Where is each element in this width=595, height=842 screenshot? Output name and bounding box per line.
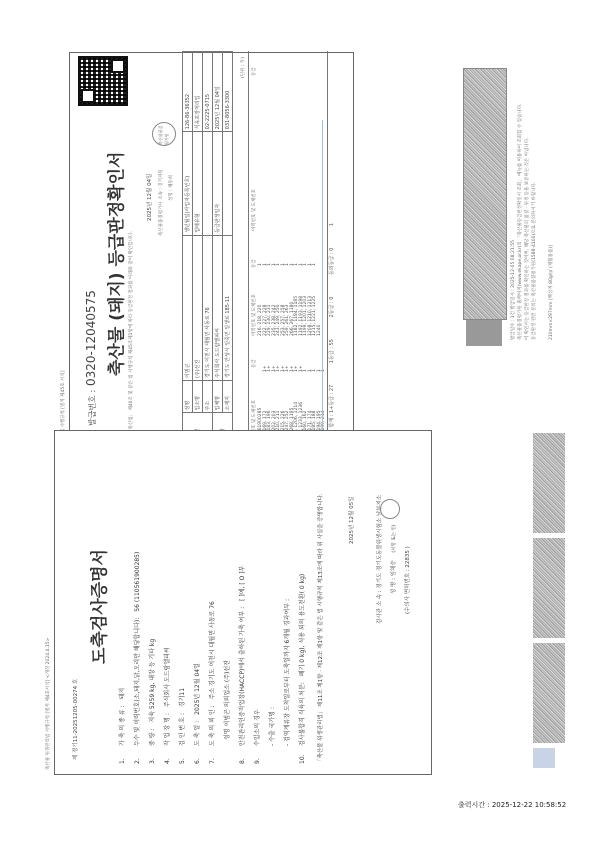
slaughter-inspection-certificate: 축산물 위생관리법 시행규칙 [별지 제4호서식] <개정 2024.4.15>… <box>54 430 432 775</box>
item-value: 56 (110561900285) <box>134 552 141 612</box>
redacted-area <box>463 68 507 320</box>
document-number: 제 경기11-20251205-00274 호 <box>71 679 79 760</box>
issue-date: 2025년 12월 04일 <box>145 174 153 221</box>
item-no: 8. <box>235 752 250 764</box>
item-label: 도 축 의 뢰 인 : <box>209 705 216 746</box>
certificate-item: 5.검 인 번 호 :경기11 <box>175 434 190 764</box>
certificate-item: 2.두수 및 이력번호(소,돼지,닭,오리만 해당합니다):56 (110561… <box>130 434 145 764</box>
item-no: 1. <box>115 752 130 764</box>
item-no: 2. <box>130 752 145 764</box>
grader-name: 성명 : 채동희 <box>168 175 174 201</box>
footer-notes: 발급일수 : 1건 발급일시 : 2025-12-05 08:21:55 축산물… <box>510 40 590 340</box>
item-no: 4. <box>160 752 175 764</box>
printed-time: 출력시간 : 2025-12-22 10:58:52 <box>458 800 566 810</box>
grade-summary: 계 합계 : 1+등급 : 27 1등급 : 55 2등급 : 0 등외등급 :… <box>327 51 335 446</box>
redacted-area <box>533 538 565 638</box>
item-label: 두수 및 이력번호(소,돼지,닭,오리만 해당합니다): <box>134 618 141 746</box>
item-no: 9. <box>250 752 265 764</box>
certificate-item: 10.검사불합격 식육의 처분:폐기 0 kg), 식용 외의 용도전환( 0 … <box>295 434 310 764</box>
item-no: 6. <box>190 752 205 764</box>
license-number: (수의사 면허번호 : 22835 ) <box>403 546 411 614</box>
qr-code[interactable] <box>78 56 128 106</box>
inspector-name: 성 명 : 임채승 (서명 또는 인) <box>389 524 397 594</box>
redacted-block <box>533 748 555 768</box>
grader-affiliation: 축산물품질평가사 소속 : 경기지원 <box>158 169 164 236</box>
issue-date: 2025년 12월 05일 <box>347 497 355 544</box>
certificate-item: 3.중 량 :지육 5259 kg, 내장 등 기타 kg <box>145 434 160 764</box>
redacted-area <box>533 433 565 533</box>
item-no: 10. <box>295 752 310 764</box>
item-no: 3. <box>145 752 160 764</box>
item-value: [ ]예, [ O ]부 <box>239 566 246 601</box>
page-title: 축산물 (돼지) 등급판정확인서 <box>102 152 127 376</box>
intro-text: 「축산법」 제40조 및 같은 법 시행규칙 제45조제1항에 따라 등급판정 … <box>128 231 134 434</box>
item-label: - 수출 국가명 : <box>269 707 276 746</box>
applicant-info-table: 신청인 성명이범곤 생년월일(사업자등록번호)126-86-36352 업소명(… <box>182 51 233 446</box>
item-value: 2025년 12월 04일 <box>194 663 201 715</box>
grade-table: 이력번호 및 도체번호 등급 이력번호 및 도체번호 등급 이력번호 및 도체번… <box>248 51 341 446</box>
grading-certificate: 축산법 시행규칙 [별지 제45호 서식] 발급번호 : 0320-120405… <box>69 52 354 447</box>
certificate-item: 7.도 축 의 뢰 인 :주소 경기도 이천시 대월면 사동로 76 <box>205 434 220 764</box>
certificate-item: 9.수입소의 경우 <box>250 434 265 764</box>
certificate-item: 성명 이범곤 의뢰업소 (주)선진 <box>220 434 235 764</box>
item-no: 5. <box>175 752 190 764</box>
item-value: 폐기 0 kg), 식용 외의 용도전환( 0 kg) <box>299 574 306 676</box>
page-title: 도축검사증명서 <box>85 549 110 664</box>
item-value: 주식회사 도드람엘피씨 <box>164 647 171 707</box>
item-value: 돼지 <box>119 688 126 700</box>
item-label: 안전관리인증작업장(HACCP)에서 출하된 가축 여부 : <box>239 607 246 746</box>
official-stamp: 축산물품질평가원 <box>152 122 176 146</box>
item-value: 경기11 <box>179 688 186 707</box>
item-label: 가 축 의 종 류 : <box>119 705 126 746</box>
item-label: - 검역계류장 도착일로부터 도축일까지 6개월 경과여부 : <box>284 599 291 746</box>
item-label: 검 인 번 호 : <box>179 713 186 746</box>
item-no: 7. <box>205 752 220 764</box>
form-reference: 축산물 위생관리법 시행규칙 [별지 제4호서식] <개정 2024.4.15> <box>45 638 51 770</box>
certificate-item: - 검역계류장 도착일로부터 도축일까지 6개월 경과여부 : <box>280 434 295 764</box>
certificate-item: 6.도 축 일 :2025년 12월 04일 <box>190 434 205 764</box>
issue-number: 발급번호 : 0320-12040575 <box>84 290 98 426</box>
redacted-block <box>466 320 502 346</box>
item-label: 수입소의 경우 <box>254 709 261 746</box>
inspector-seal <box>380 499 400 519</box>
certificate-item: 4.작 업 장 명 :주식회사 도드람엘피씨 <box>160 434 175 764</box>
certificate-item: 8.안전관리인증작업장(HACCP)에서 출하된 가축 여부 :[ ]예, [ … <box>235 434 250 764</box>
item-label: 작 업 장 명 : <box>164 713 171 746</box>
certificate-item: - 수출 국가명 : <box>265 434 280 764</box>
statement: 「축산물 위생관리법」 제11조 제1항 · 제12조 제1항 및 같은 법 시… <box>317 444 326 764</box>
item-value: 성명 이범곤 의뢰업소 (주)선진 <box>224 660 231 740</box>
unit-note: (단위 : 두) <box>240 57 246 78</box>
item-value: 주소 경기도 이천시 대월면 사동로 76 <box>209 601 216 699</box>
redacted-area <box>533 643 565 743</box>
item-label: 검사불합격 식육의 처분: <box>299 682 306 746</box>
item-label: 도 축 일 : <box>194 721 201 746</box>
item-label: 중 량 : <box>149 729 156 746</box>
item-value: 지육 5259 kg, 내장 등 기타 kg <box>149 639 156 723</box>
certificate-item: 1.가 축 의 종 류 :돼지 <box>115 434 130 764</box>
